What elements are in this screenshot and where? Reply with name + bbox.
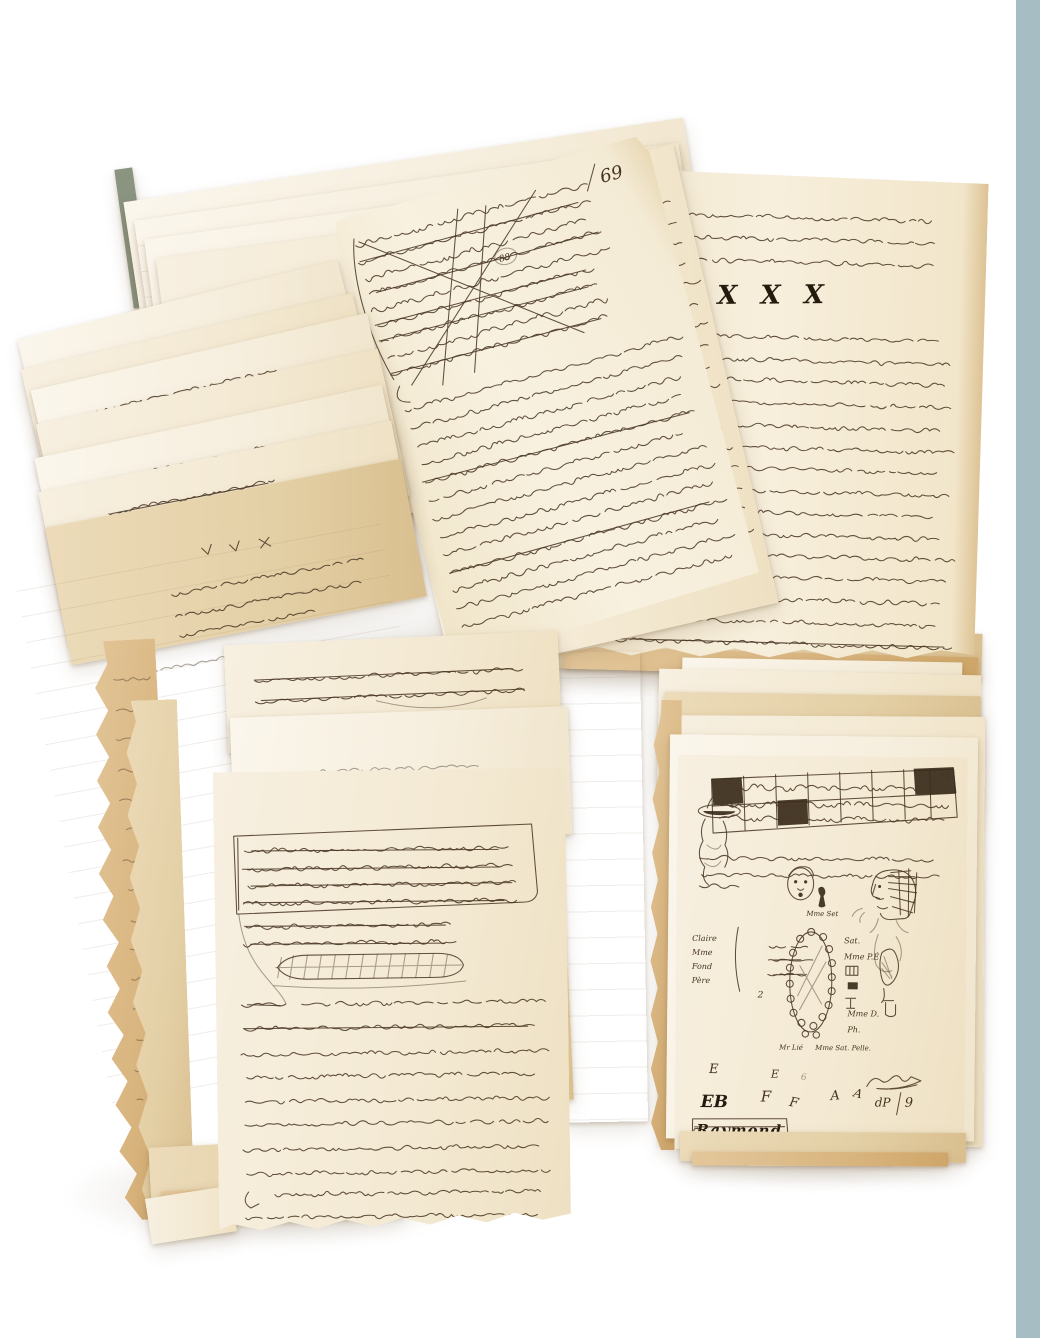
- chart-caption: Mme Sat. Pelle.: [814, 1044, 871, 1052]
- practice-letter: EB: [700, 1092, 729, 1112]
- seat-name: Mme: [691, 948, 713, 957]
- sketch-page: 24: [674, 755, 967, 1158]
- sketch-page-art: 24: [674, 755, 967, 1158]
- plant-sketch: [879, 949, 898, 1017]
- seat-name: Sat.: [844, 936, 860, 945]
- practice-letter: E: [708, 1062, 719, 1077]
- seat-circles: [786, 928, 836, 1038]
- boxed-deleted-paragraph: [234, 824, 538, 914]
- practice-letter: A: [851, 1085, 864, 1101]
- practice-letter: 9: [905, 1096, 913, 1111]
- chart-caption: Mr Lié: [778, 1044, 803, 1052]
- photo-manuscripts: X X X 69 88: [0, 0, 1040, 1338]
- practice-letter: E: [770, 1068, 779, 1081]
- insertion-curl: [245, 1192, 259, 1208]
- small-face-sketch: [787, 867, 813, 900]
- chart-count: 6: [801, 1073, 807, 1083]
- practice-letter: F: [760, 1087, 772, 1105]
- seat-name: Ph.: [846, 1025, 860, 1034]
- seating-chart-sketch: Claire Mme Fond Père 2 Sat. Mm: [690, 927, 880, 1084]
- page-number: 69: [598, 162, 626, 188]
- seat-count: 2: [757, 990, 764, 1000]
- seat-name: Claire: [692, 934, 717, 943]
- section-mark: X X X: [715, 280, 831, 311]
- right-accent-band: [1016, 0, 1040, 1338]
- signature-flourish: [867, 1075, 921, 1089]
- middle-draft-page: [213, 768, 571, 1235]
- seat-name: Mme P.É: [843, 952, 879, 961]
- practice-letter: A: [829, 1088, 841, 1104]
- right-stack-bottom-edge: [692, 1152, 948, 1167]
- seat-name: Père: [691, 976, 711, 985]
- grid-sketch: [711, 765, 958, 835]
- hat-figure-sketch: [698, 793, 741, 885]
- practice-letter: F: [787, 1095, 801, 1112]
- hatched-sketch: [273, 953, 465, 989]
- seat-name: Mme D.: [846, 1009, 879, 1018]
- ink-blob: [818, 887, 825, 908]
- chart-label-top: Mme Set: [805, 910, 838, 918]
- draft-page-art: [213, 768, 571, 1235]
- practice-letter: dP: [875, 1095, 892, 1109]
- seat-name: Fond: [691, 962, 712, 971]
